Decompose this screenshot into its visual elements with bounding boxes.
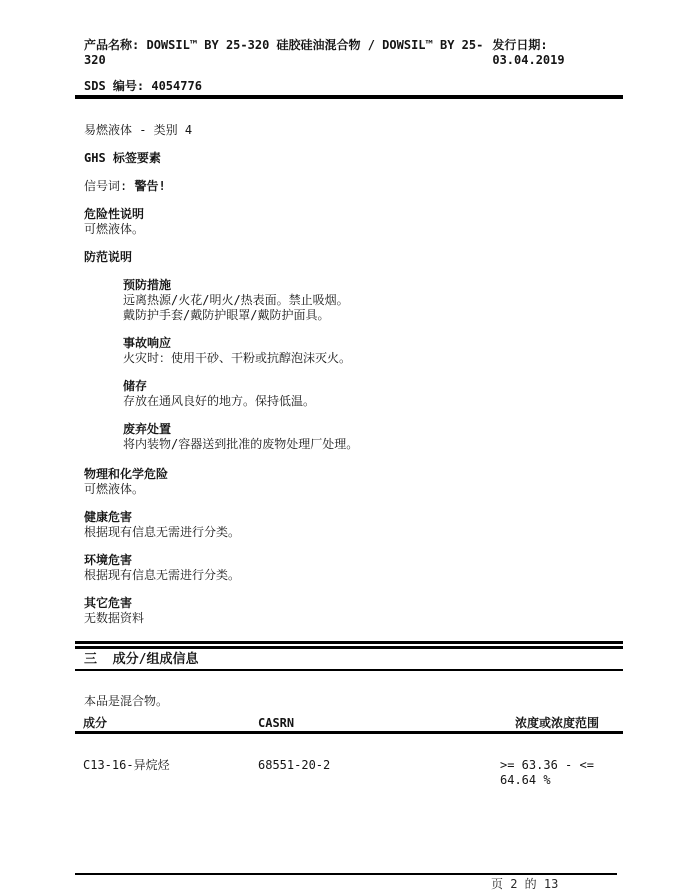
issue-date-line: 发行日期: 03.04.2019 (492, 38, 623, 68)
precaution-text: 远离热源/火花/明火/热表面。禁止吸烟。 (123, 293, 623, 308)
hazard-block-title: 其它危害 (75, 596, 623, 611)
hazard-block-other: 其它危害 无数据资料 (75, 596, 623, 626)
hazard-block-title: 物理和化学危险 (75, 467, 623, 482)
flammable-class-line: 易燃液体 - 类别 4 (75, 123, 623, 138)
precaution-title: 废弃处置 (123, 422, 623, 437)
hazard-block-physical: 物理和化学危险 可燃液体。 (75, 467, 623, 497)
signal-word-line: 信号词: 警告! (75, 179, 623, 194)
signal-word-label: 信号词: (84, 179, 127, 193)
hazard-block-environment: 环境危害 根据现有信息无需进行分类。 (75, 553, 623, 583)
hazard-statement-heading: 危险性说明 (75, 207, 623, 222)
sds-number-label: SDS 编号: (84, 79, 144, 93)
sds-document-page: 产品名称: DOWSIL™ BY 25-320 硅胶硅油混合物 / DOWSIL… (0, 0, 698, 894)
component-cell: C13-16-异烷烃 (83, 758, 170, 773)
precaution-block-disposal: 废弃处置 将内装物/容器送到批准的废物处理厂处理。 (75, 422, 623, 452)
precaution-text: 存放在通风良好的地方。保持低温。 (123, 394, 623, 409)
rule-bar (75, 646, 623, 649)
precaution-block-storage: 储存 存放在通风良好的地方。保持低温。 (75, 379, 623, 409)
footer-rule (75, 873, 617, 875)
precaution-block-prevention: 预防措施 远离热源/火花/明火/热表面。禁止吸烟。 戴防护手套/戴防护眼罩/戴防… (75, 278, 623, 323)
hazard-statement-block: 危险性说明 可燃液体。 (75, 207, 623, 237)
hazard-block-health: 健康危害 根据现有信息无需进行分类。 (75, 510, 623, 540)
hazard-block-text: 无数据资料 (75, 611, 623, 626)
concentration-cell: >= 63.36 - <= 64.64 % (500, 758, 623, 788)
product-name-line: 产品名称: DOWSIL™ BY 25-320 硅胶硅油混合物 / DOWSIL… (75, 38, 492, 68)
hazard-block-title: 环境危害 (75, 553, 623, 568)
sds-number-value: 4054776 (151, 79, 202, 93)
mixture-note: 本品是混合物。 (75, 694, 623, 709)
hazard-block-title: 健康危害 (75, 510, 623, 525)
issue-date-label: 发行日期: (492, 38, 547, 52)
precaution-block-response: 事故响应 火灾时：使用干砂、干粉或抗醇泡沫灭火。 (75, 336, 623, 366)
product-name-label: 产品名称: (84, 38, 139, 52)
hazard-block-text: 根据现有信息无需进行分类。 (75, 525, 623, 540)
product-name-value: DOWSIL™ BY 25-320 硅胶硅油混合物 / DOWSIL™ BY 2… (84, 38, 483, 67)
col-header-casrn: CASRN (258, 716, 294, 731)
composition-table-row: C13-16-异烷烃 68551-20-2 >= 63.36 - <= 64.6… (75, 758, 623, 773)
document-header: 产品名称: DOWSIL™ BY 25-320 硅胶硅油混合物 / DOWSIL… (75, 38, 623, 68)
section-top-double-rule (75, 641, 623, 649)
signal-word-value: 警告! (134, 179, 165, 193)
hazard-statement-text: 可燃液体。 (75, 222, 623, 237)
hazard-block-text: 根据现有信息无需进行分类。 (75, 568, 623, 583)
ghs-label-heading: GHS 标签要素 (75, 151, 623, 166)
precaution-title: 预防措施 (123, 278, 623, 293)
table-header-rule (75, 731, 623, 734)
composition-table-header: 成分 CASRN 浓度或浓度范围 (75, 716, 623, 731)
precaution-text: 火灾时：使用干砂、干粉或抗醇泡沫灭火。 (123, 351, 623, 366)
sds-number-line: SDS 编号: 4054776 (75, 79, 623, 94)
page-number: 页 2 的 13 (491, 877, 558, 892)
composition-section-title: 三 成分/组成信息 (75, 652, 623, 668)
section-title-underline (75, 669, 623, 671)
col-header-component: 成分 (83, 716, 107, 731)
precaution-text: 戴防护手套/戴防护眼罩/戴防护面具。 (123, 308, 623, 323)
col-header-concentration: 浓度或浓度范围 (515, 716, 599, 731)
casrn-cell: 68551-20-2 (258, 758, 330, 773)
header-divider-rule (75, 95, 623, 99)
precaution-title: 事故响应 (123, 336, 623, 351)
precaution-text: 将内装物/容器送到批准的废物处理厂处理。 (123, 437, 623, 452)
precaution-heading: 防范说明 (75, 250, 623, 265)
page-content: 产品名称: DOWSIL™ BY 25-320 硅胶硅油混合物 / DOWSIL… (75, 38, 623, 773)
hazard-block-text: 可燃液体。 (75, 482, 623, 497)
issue-date-value: 03.04.2019 (492, 53, 564, 67)
precaution-title: 储存 (123, 379, 623, 394)
